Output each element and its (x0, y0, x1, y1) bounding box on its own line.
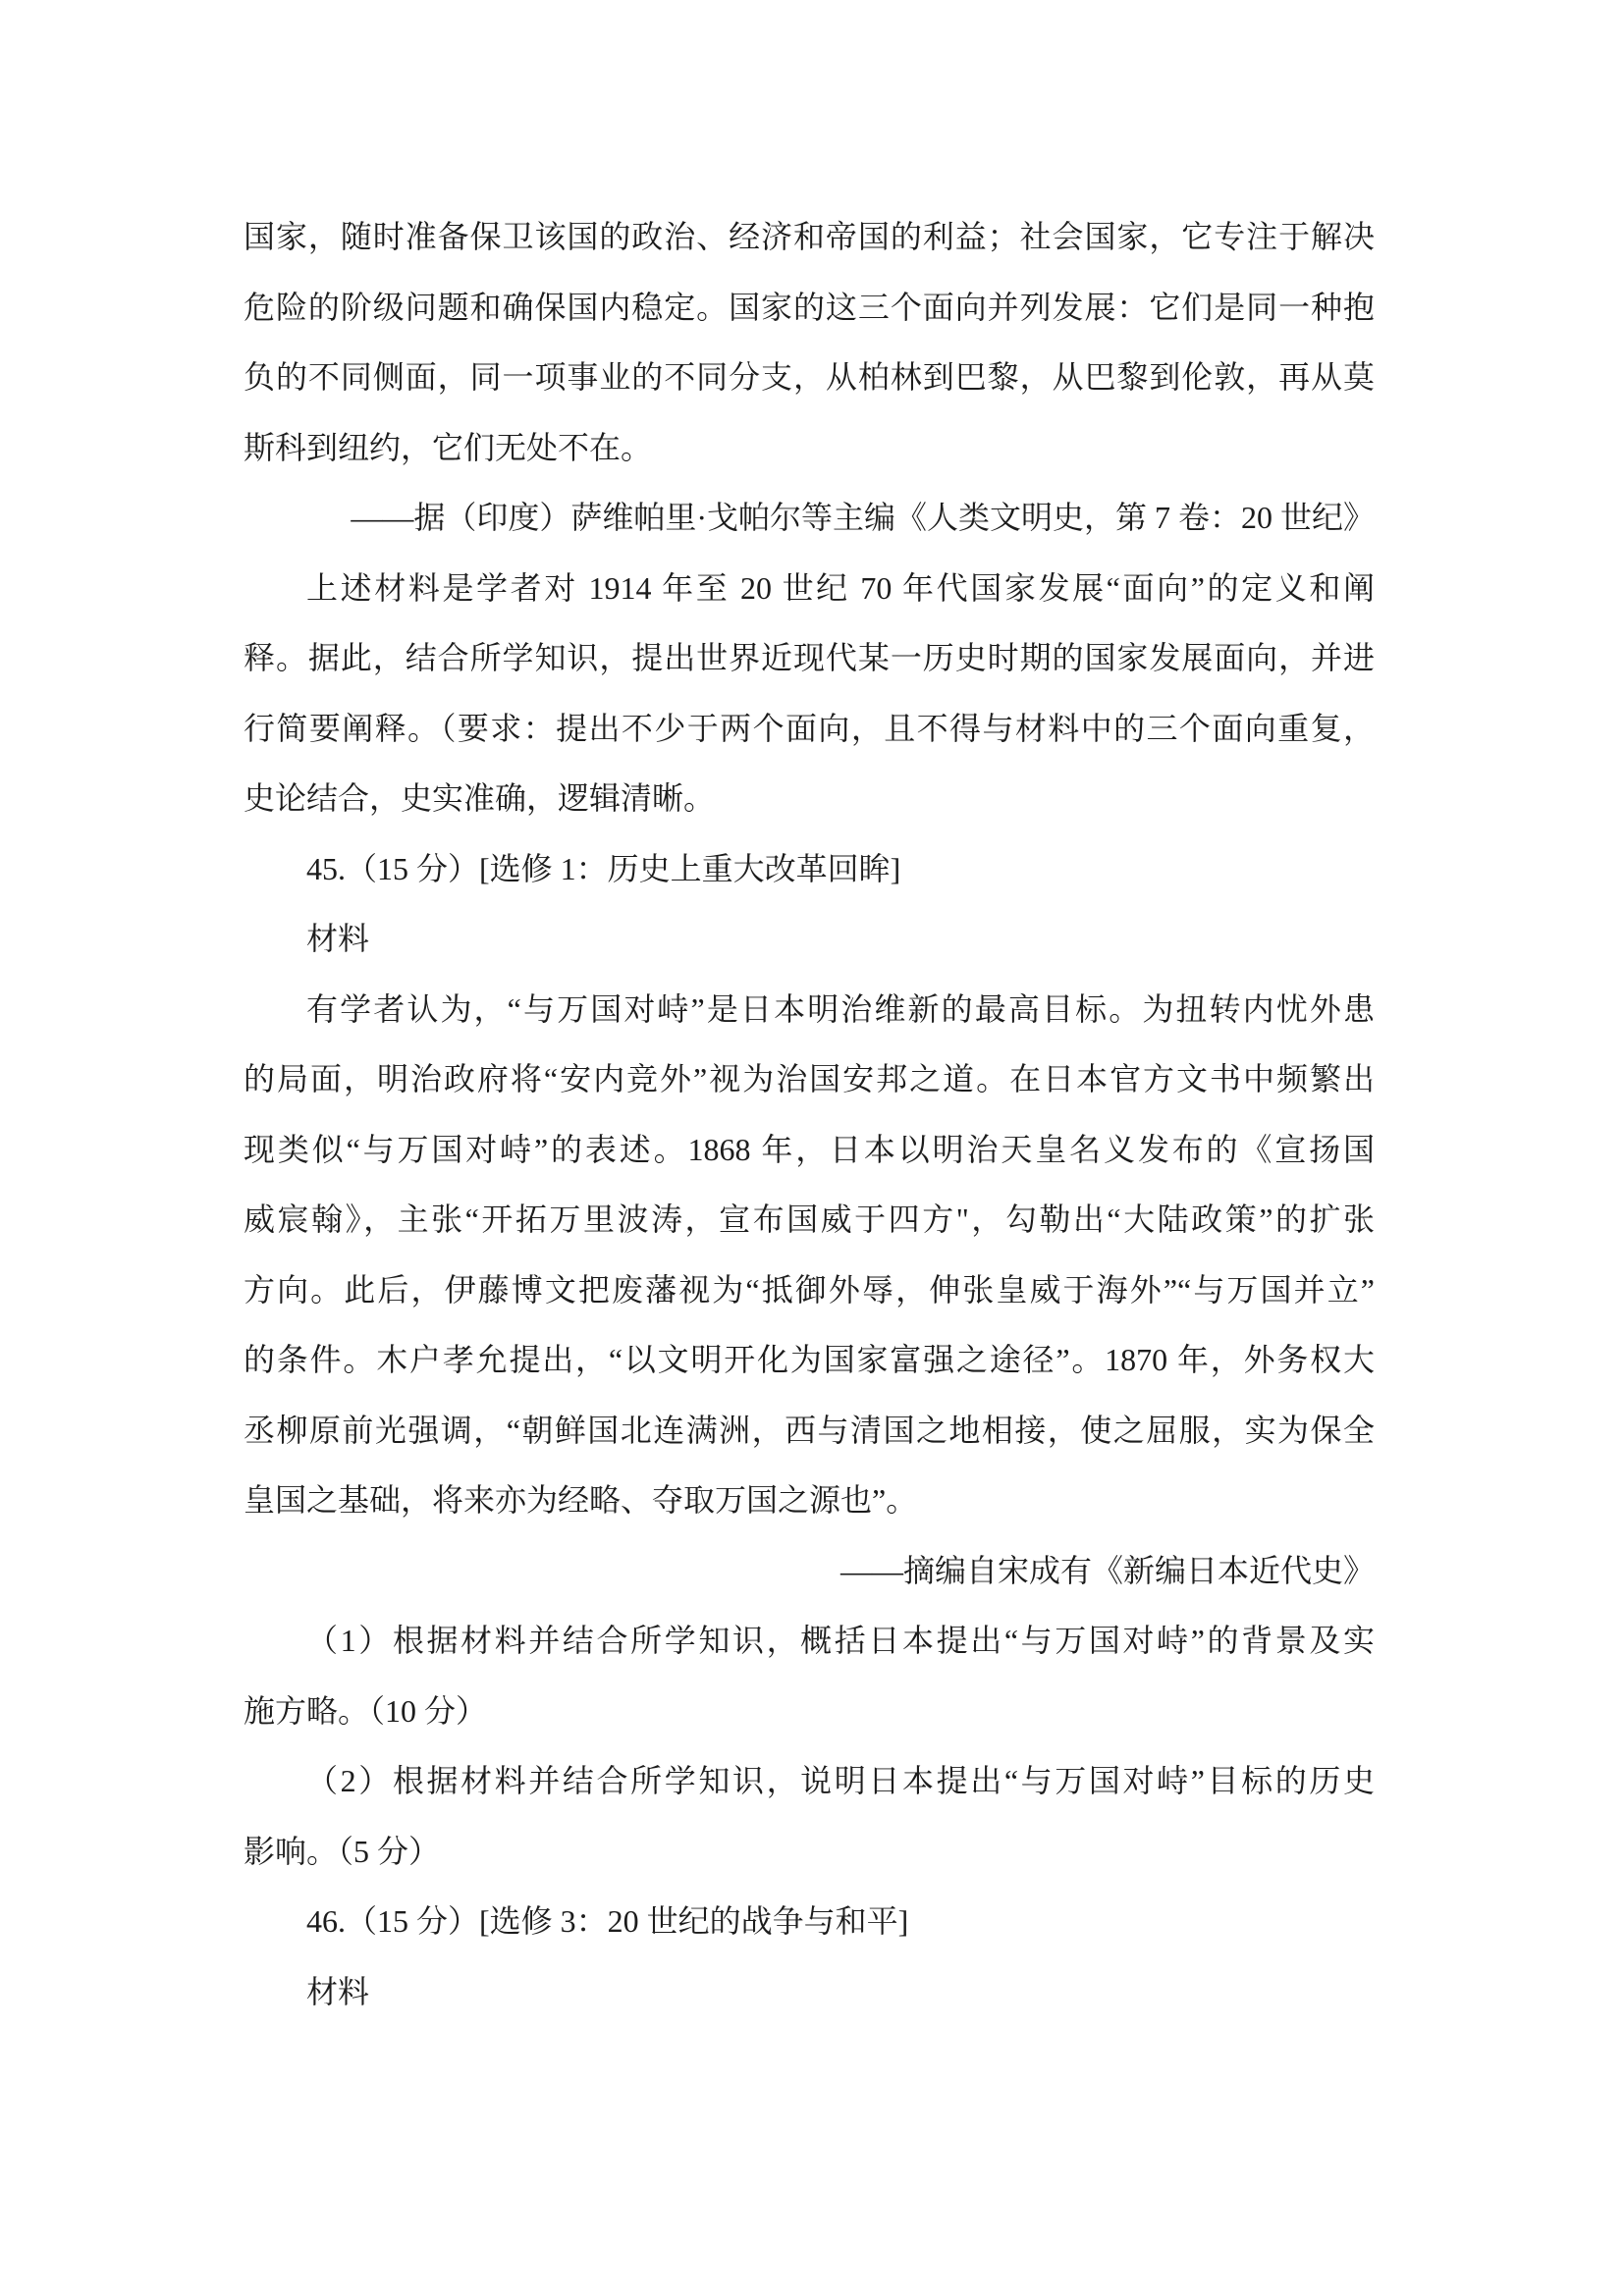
q45-subquestion-2-line-2: 影响。（5 分） (244, 1817, 1375, 1888)
material-def-line-2: 危险的阶级问题和确保国内稳定。国家的这三个面向并列发展：它们是同一种抱 (244, 273, 1375, 344)
question-46-material-label: 材料 (244, 1957, 1375, 2028)
q45-material-line-1: 有学者认为，“与万国对峙”是日本明治维新的最高目标。为扭转内忧外患 (244, 975, 1375, 1045)
task-instructions-line-3: 行简要阐释。（要求：提出不少于两个面向，且不得与材料中的三个面向重复， (244, 694, 1375, 765)
question-45-material-label: 材料 (244, 904, 1375, 975)
question-45-header: 45.（15 分）[选修 1：历史上重大改革回眸] (244, 834, 1375, 905)
source-citation-gopal: ——据（印度）萨维帕里·戈帕尔等主编《人类文明史，第 7 卷：20 世纪》 (244, 483, 1375, 554)
q45-subquestion-1-line-2: 施方略。（10 分） (244, 1677, 1375, 1747)
source-citation-song: ——摘编自宋成有《新编日本近代史》 (244, 1536, 1375, 1607)
q45-material-line-2: 的局面，明治政府将“安内竞外”视为治国安邦之道。在日本官方文书中频繁出 (244, 1044, 1375, 1115)
material-def-line-4: 斯科到纽约，它们无处不在。 (244, 413, 1375, 484)
material-def-line-3: 负的不同侧面，同一项事业的不同分支，从柏林到巴黎，从巴黎到伦敦，再从莫 (244, 343, 1375, 413)
q45-material-line-6: 的条件。木户孝允提出，“以文明开化为国家富强之途径”。1870 年，外务权大 (244, 1325, 1375, 1396)
q45-material-line-3: 现类似“与万国对峙”的表述。1868 年，日本以明治天皇名义发布的《宣扬国 (244, 1115, 1375, 1186)
question-46-header: 46.（15 分）[选修 3：20 世纪的战争与和平] (244, 1887, 1375, 1957)
q45-material-line-7: 丞柳原前光强调，“朝鲜国北连满洲，西与清国之地相接，使之屈服，实为保全 (244, 1396, 1375, 1467)
q45-subquestion-1-line-1: （1）根据材料并结合所学知识，概括日本提出“与万国对峙”的背景及实 (244, 1606, 1375, 1677)
material-def-line-1: 国家，随时准备保卫该国的政治、经济和帝国的利益；社会国家，它专注于解决 (244, 202, 1375, 273)
task-instructions-line-2: 释。据此，结合所学知识，提出世界近现代某一历史时期的国家发展面向，并进 (244, 623, 1375, 694)
task-instructions-line-1: 上述材料是学者对 1914 年至 20 世纪 70 年代国家发展“面向”的定义和… (244, 554, 1375, 624)
task-instructions-line-4: 史论结合，史实准确，逻辑清晰。 (244, 764, 1375, 834)
q45-material-line-5: 方向。此后，伊藤博文把废藩视为“抵御外辱，伸张皇威于海外”“与万国并立” (244, 1255, 1375, 1326)
q45-material-line-4: 威宸翰》，主张“开拓万里波涛，宣布国威于四方"，勾勒出“大陆政策”的扩张 (244, 1185, 1375, 1255)
document-page: 国家，随时准备保卫该国的政治、经济和帝国的利益；社会国家，它专注于解决 危险的阶… (0, 0, 1624, 2296)
q45-material-line-8: 皇国之基础，将来亦为经略、夺取万国之源也”。 (244, 1466, 1375, 1536)
q45-subquestion-2-line-1: （2）根据材料并结合所学知识，说明日本提出“与万国对峙”目标的历史 (244, 1746, 1375, 1817)
